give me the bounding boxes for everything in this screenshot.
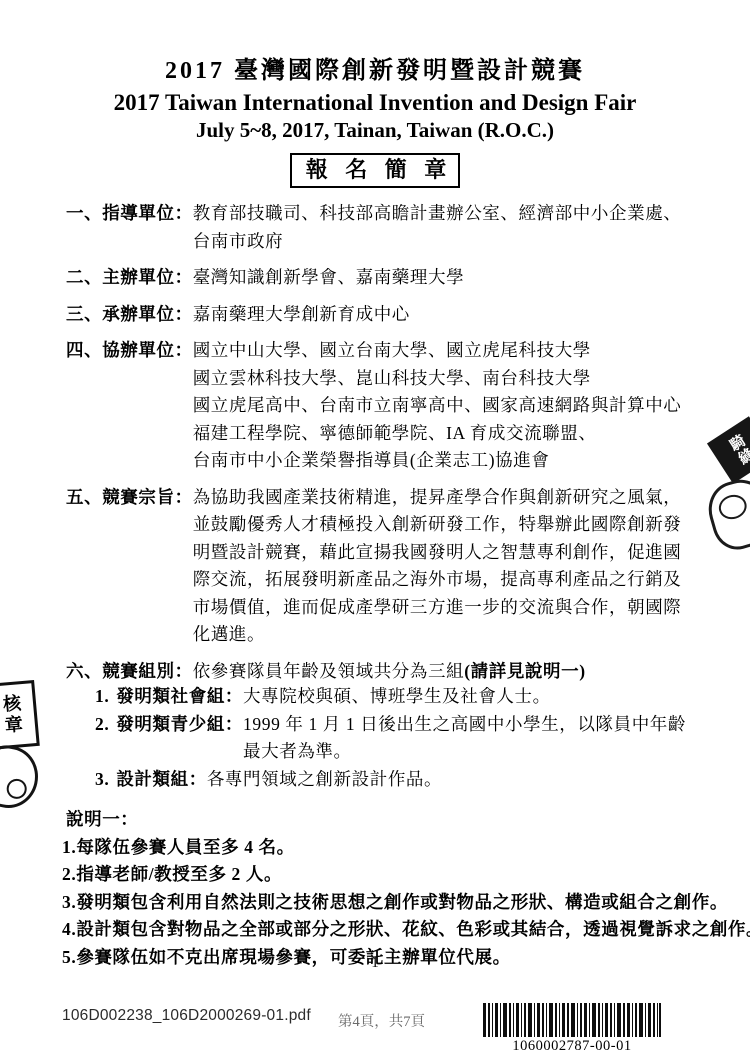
section-organizers: 二、主辦單位： 臺灣知識創新學會、嘉南藥理大學 bbox=[66, 264, 710, 292]
text-line: 台南市政府 bbox=[193, 228, 710, 256]
barcode-bars-icon bbox=[483, 1003, 661, 1037]
text-line: 國立雲林科技大學、崑山科技大學、南台科技大學 bbox=[193, 365, 710, 393]
group-item-name: 發明類社會組： bbox=[116, 686, 243, 706]
text-line: 台南市中小企業榮譽指導員(企業志工)協進會 bbox=[193, 447, 710, 475]
group-item-label: 1.發明類社會組： bbox=[95, 683, 243, 711]
barcode-number: 1060002787-00-01 bbox=[483, 1038, 661, 1054]
section-label: 五、競賽宗旨： bbox=[66, 484, 193, 649]
text-line: 依參賽隊員年齡及領域共分為三組(請詳見說明一) bbox=[193, 658, 710, 686]
section-content: 臺灣知識創新學會、嘉南藥理大學 bbox=[193, 264, 710, 292]
text-line: 臺灣知識創新學會、嘉南藥理大學 bbox=[193, 264, 710, 292]
section-content: 為協助我國產業技術精進，提昇產學合作與創新研究之風氣， 並鼓勵優秀人才積極投入創… bbox=[193, 484, 710, 649]
text-line: 化邁進。 bbox=[193, 621, 710, 649]
note-line: 1.每隊伍參賽人員至多 4 名。 bbox=[62, 834, 710, 862]
section-label: 二、主辦單位： bbox=[66, 264, 193, 292]
seal-rect-icon: 核章 bbox=[0, 680, 40, 750]
page-number: 1 bbox=[0, 955, 750, 972]
section-co-organizers: 四、協辦單位： 國立中山大學、國立台南大學、國立虎尾科技大學 國立雲林科技大學、… bbox=[66, 337, 710, 475]
group-item-content: 1999 年 1 月 1 日後出生之高國中小學生，以隊員中年齡 最大者為準。 bbox=[243, 711, 710, 766]
text-line: 際交流，拓展發明新產品之海外市場，提高專利產品之行銷及 bbox=[193, 566, 710, 594]
note-line: 3.發明類包含利用自然法則之技術思想之創作或對物品之形狀、構造或組合之創作。 bbox=[62, 889, 710, 917]
group-item-content: 各專門領域之創新設計作品。 bbox=[207, 766, 710, 794]
group-item-number: 2. bbox=[95, 714, 109, 734]
text-line: 最大者為準。 bbox=[243, 738, 710, 766]
group-item-name: 發明類青少組： bbox=[116, 714, 243, 734]
text-line: 各專門領域之創新設計作品。 bbox=[207, 766, 710, 794]
text-line: 1999 年 1 月 1 日後出生之高國中小學生，以隊員中年齡 bbox=[243, 711, 710, 739]
note-line: 2.指導老師/教授至多 2 人。 bbox=[62, 861, 710, 889]
left-edge-stamp: 核章 bbox=[0, 682, 58, 812]
group-item-label: 2.發明類青少組： bbox=[95, 711, 243, 766]
subtitle-box: 報 名 簡 章 bbox=[290, 153, 461, 188]
title-zh: 2017 臺灣國際創新發明暨設計競賽 bbox=[0, 56, 750, 86]
group-item-name: 設計類組： bbox=[116, 769, 207, 789]
note-line: 4.設計類包含對物品之全部或部分之形狀、花紋、色彩或其結合，透過視覺訴求之創作。 bbox=[62, 916, 710, 944]
text-line: 明暨設計競賽，藉此宣揚我國發明人之智慧專利創作，促進國 bbox=[193, 539, 710, 567]
text-line: 嘉南藥理大學創新育成中心 bbox=[193, 301, 710, 329]
section-content: 嘉南藥理大學創新育成中心 bbox=[193, 301, 710, 329]
document-header: 2017 臺灣國際創新發明暨設計競賽 2017 Taiwan Internati… bbox=[0, 0, 750, 188]
section-content: 依參賽隊員年齡及領域共分為三組(請詳見說明一) bbox=[193, 658, 710, 686]
text-line: 市場價值，進而促成產學研三方進一步的交流與合作，朝國際 bbox=[193, 594, 710, 622]
seal-square-icon: 騎縫 bbox=[707, 416, 750, 483]
seal-blob-icon bbox=[702, 473, 750, 555]
section-label: 三、承辦單位： bbox=[66, 301, 193, 329]
document-body: 一、指導單位： 教育部技職司、科技部高瞻計畫辦公室、經濟部中小企業處、 台南市政… bbox=[0, 188, 750, 971]
groups-intro-note: (請詳見說明一) bbox=[464, 661, 585, 681]
group-item-content: 大專院校與碩、博班學生及社會人士。 bbox=[243, 683, 710, 711]
group-list: 1.發明類社會組： 大專院校與碩、博班學生及社會人士。 2.發明類青少組： 19… bbox=[66, 683, 710, 793]
group-item-number: 3. bbox=[95, 769, 109, 789]
group-item: 2.發明類青少組： 1999 年 1 月 1 日後出生之高國中小學生，以隊員中年… bbox=[95, 711, 710, 766]
title-date: July 5~8, 2017, Tainan, Taiwan (R.O.C.) bbox=[0, 117, 750, 144]
section-executing-unit: 三、承辦單位： 嘉南藥理大學創新育成中心 bbox=[66, 301, 710, 329]
groups-intro: 依參賽隊員年齡及領域共分為三組 bbox=[193, 661, 465, 681]
text-line: 為協助我國產業技術精進，提昇產學合作與創新研究之風氣， bbox=[193, 484, 710, 512]
section-purpose: 五、競賽宗旨： 為協助我國產業技術精進，提昇產學合作與創新研究之風氣， 並鼓勵優… bbox=[66, 484, 710, 649]
title-en: 2017 Taiwan International Invention and … bbox=[0, 88, 750, 117]
section-label: 四、協辦單位： bbox=[66, 337, 193, 475]
seal-circle-icon bbox=[0, 741, 44, 814]
text-line: 國立虎尾高中、台南市立南寧高中、國家高速網路與計算中心 bbox=[193, 392, 710, 420]
text-line: 教育部技職司、科技部高瞻計畫辦公室、經濟部中小企業處、 bbox=[193, 200, 710, 228]
text-line: 福建工程學院、寧德師範學院、IA 育成交流聯盟、 bbox=[193, 420, 710, 448]
text-line: 大專院校與碩、博班學生及社會人士。 bbox=[243, 683, 710, 711]
section-label: 六、競賽組別： bbox=[66, 658, 193, 686]
text-line: 國立中山大學、國立台南大學、國立虎尾科技大學 bbox=[193, 337, 710, 365]
text-line: 並鼓勵優秀人才積極投入創新研發工作，特舉辦此國際創新發 bbox=[193, 511, 710, 539]
group-item-number: 1. bbox=[95, 686, 109, 706]
footer-filename: 106D002238_106D2000269-01.pdf bbox=[62, 1007, 311, 1025]
footer-page-indicator: 第4頁，共7頁 bbox=[338, 1010, 425, 1031]
section-content: 國立中山大學、國立台南大學、國立虎尾科技大學 國立雲林科技大學、崑山科技大學、南… bbox=[193, 337, 710, 475]
section-groups: 六、競賽組別： 依參賽隊員年齡及領域共分為三組(請詳見說明一) bbox=[66, 658, 710, 686]
document-page: 2017 臺灣國際創新發明暨設計競賽 2017 Taiwan Internati… bbox=[0, 0, 750, 1061]
section-advising-units: 一、指導單位： 教育部技職司、科技部高瞻計畫辦公室、經濟部中小企業處、 台南市政… bbox=[66, 200, 710, 255]
notes-block: 說明一： 1.每隊伍參賽人員至多 4 名。 2.指導老師/教授至多 2 人。 3… bbox=[62, 806, 710, 971]
section-content: 教育部技職司、科技部高瞻計畫辦公室、經濟部中小企業處、 台南市政府 bbox=[193, 200, 710, 255]
section-label: 一、指導單位： bbox=[66, 200, 193, 255]
subtitle-box-wrap: 報 名 簡 章 bbox=[0, 153, 750, 188]
group-item-label: 3.設計類組： bbox=[95, 766, 207, 794]
group-item: 3.設計類組： 各專門領域之創新設計作品。 bbox=[95, 766, 710, 794]
barcode: 1060002787-00-01 bbox=[483, 1003, 661, 1054]
right-edge-stamp: 騎縫 bbox=[690, 424, 750, 554]
group-item: 1.發明類社會組： 大專院校與碩、博班學生及社會人士。 bbox=[95, 683, 710, 711]
notes-header: 說明一： bbox=[66, 806, 710, 834]
